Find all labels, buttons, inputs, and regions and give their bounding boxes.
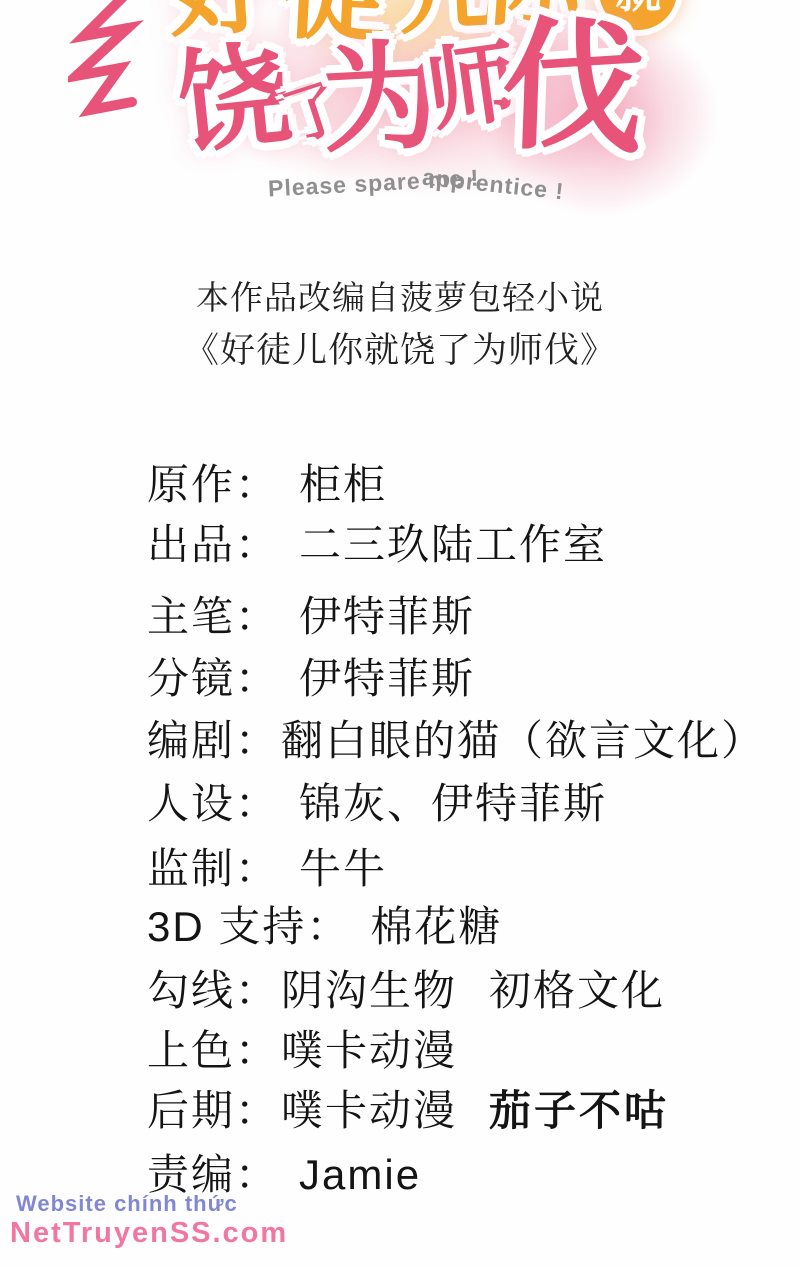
title-char-pink: 伐: [500, 16, 647, 163]
credit-row-producer: 出品：二三玖陆工作室: [147, 522, 607, 568]
title-char-pink: 饶: [172, 38, 295, 161]
credit-role: 主笔：: [147, 593, 279, 640]
credit-value: 阴沟生物: [281, 967, 457, 1014]
credit-row-character-design: 人设：锦灰、伊特菲斯: [147, 781, 607, 827]
credit-value: 柜柜: [299, 461, 387, 508]
site-watermark: Website chính thức NetTruyenSS.com: [10, 1192, 288, 1250]
credit-role: 上色：: [147, 1027, 279, 1074]
watermark-label: Website chính thức: [10, 1192, 288, 1216]
credit-value-secondary: 茄子不咕: [489, 1087, 669, 1134]
credit-value: 牛牛: [299, 845, 387, 892]
intro-line-title: 《好徒儿你就饶了为师伐》: [0, 330, 800, 372]
credit-role: 原作：: [147, 461, 279, 508]
credit-value: 伊特菲斯: [299, 655, 475, 702]
credit-role: 编剧：: [147, 717, 279, 764]
credit-value: Jamie: [299, 1151, 421, 1198]
comic-credits-page: 好 徒 儿 你 就 饶 了 为 师 伐 Please spare me ! ap…: [0, 0, 800, 1267]
credit-value: 锦灰、伊特菲斯: [299, 780, 607, 827]
credit-row-coloring: 上色：噗卡动漫: [147, 1028, 457, 1074]
credit-role: 勾线：: [147, 967, 279, 1014]
credit-row-screenwriter: 编剧：翻白眼的猫（欲言文化）: [147, 718, 765, 764]
credit-value: 二三玖陆工作室: [299, 521, 607, 568]
credit-role: 后期：: [147, 1087, 279, 1134]
credit-value: 噗卡动漫: [281, 1087, 457, 1134]
burst-zigzag-icon: [68, 0, 178, 144]
credit-role: 分镜：: [147, 655, 279, 702]
subtitle-english-part2: apprentice !: [421, 164, 565, 206]
credit-value-secondary: 初格文化: [489, 967, 665, 1014]
credit-value: 棉花糖: [370, 903, 502, 950]
title-logo: 好 徒 儿 你 就 饶 了 为 师 伐 Please spare me ! ap…: [0, 0, 800, 250]
credit-role: 人设：: [147, 780, 279, 827]
credit-role: 监制：: [147, 845, 279, 892]
credit-value: 噗卡动漫: [281, 1027, 457, 1074]
credit-row-supervisor: 监制：牛牛: [147, 846, 387, 892]
credit-value: 伊特菲斯: [299, 593, 475, 640]
credit-row-storyboard: 分镜：伊特菲斯: [147, 656, 475, 702]
intro-line-source: 本作品改编自菠萝包轻小说: [0, 278, 800, 318]
credit-row-lineart: 勾线：阴沟生物初格文化: [147, 968, 665, 1014]
credit-row-post-production: 后期：噗卡动漫茄子不咕: [147, 1088, 669, 1134]
credit-value: 翻白眼的猫（欲言文化）: [281, 717, 765, 764]
credit-role: 出品：: [147, 521, 279, 568]
watermark-site-name: NetTruyenSS.com: [10, 1218, 288, 1250]
credit-row-lead-artist: 主笔：伊特菲斯: [147, 594, 475, 640]
credit-role: 3D 支持：: [147, 903, 350, 950]
credit-row-3d-support: 3D 支持：棉花糖: [147, 904, 502, 950]
credit-row-original-author: 原作：柜柜: [147, 462, 387, 508]
